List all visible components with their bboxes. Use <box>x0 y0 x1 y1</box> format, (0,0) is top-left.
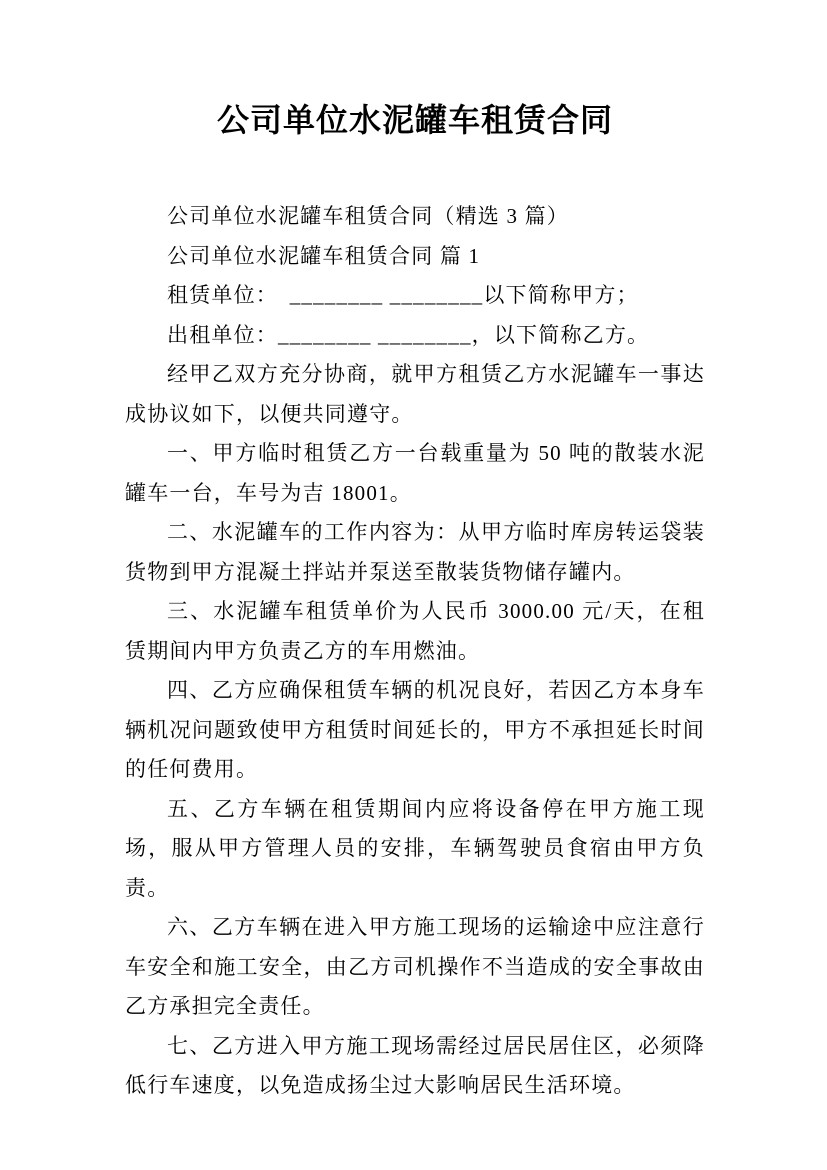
document-body: 公司单位水泥罐车租赁合同（精选 3 篇） 公司单位水泥罐车租赁合同 篇 1 租赁… <box>125 197 705 1106</box>
clause-6: 六、乙方车辆在进入甲方施工现场的运输途中应注意行车安全和施工安全，由乙方司机操作… <box>125 908 705 1027</box>
clause-4: 四、乙方应确保租赁车辆的机况良好，若因乙方本身车辆机况问题致使甲方租赁时间延长的… <box>125 671 705 790</box>
contract-document-page: 公司单位水泥罐车租赁合同 公司单位水泥罐车租赁合同（精选 3 篇） 公司单位水泥… <box>0 0 827 1170</box>
document-title: 公司单位水泥罐车租赁合同 <box>125 95 705 145</box>
intro-paragraph: 经甲乙双方充分协商，就甲方租赁乙方水泥罐车一事达成协议如下，以便共同遵守。 <box>125 355 705 434</box>
field-lessee-line: 租赁单位： ________ ________以下简称甲方； <box>125 276 705 316</box>
clause-7: 七、乙方进入甲方施工现场需经过居民居住区，必须降低行车速度，以免造成扬尘过大影响… <box>125 1027 705 1106</box>
subtitle-part-1: 公司单位水泥罐车租赁合同 篇 1 <box>125 237 705 277</box>
clause-5: 五、乙方车辆在租赁期间内应将设备停在甲方施工现场，服从甲方管理人员的安排，车辆驾… <box>125 790 705 909</box>
clause-3: 三、水泥罐车租赁单价为人民币 3000.00 元/天，在租赁期间内甲方负责乙方的… <box>125 592 705 671</box>
field-lessor-line: 出租单位：________ ________，以下简称乙方。 <box>125 316 705 356</box>
clause-1: 一、甲方临时租赁乙方一台载重量为 50 吨的散装水泥罐车一台，车号为吉 1800… <box>125 434 705 513</box>
subtitle-collection: 公司单位水泥罐车租赁合同（精选 3 篇） <box>125 197 705 237</box>
clause-2: 二、水泥罐车的工作内容为：从甲方临时库房转运袋装货物到甲方混凝土拌站并泵送至散装… <box>125 513 705 592</box>
